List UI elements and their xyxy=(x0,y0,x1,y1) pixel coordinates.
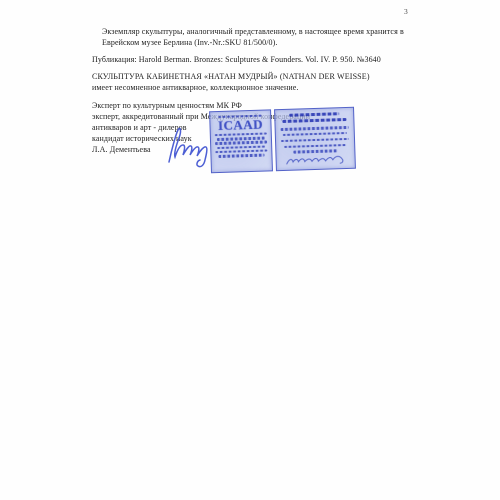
paragraph-location: Экземпляр скульптуры, аналогичный предст… xyxy=(92,26,438,48)
paragraph-conclusion: СКУЛЬПТУРА КАБИНЕТНАЯ «НАТАН МУДРЫЙ» (NA… xyxy=(92,71,438,93)
text-line: Еврейском музее Берлина (Inv.-Nr.:SKU 81… xyxy=(92,37,438,48)
page-number: 3 xyxy=(404,7,408,16)
text-line: СКУЛЬПТУРА КАБИНЕТНАЯ «НАТАН МУДРЫЙ» (NA… xyxy=(92,71,438,82)
stamp-microtext-line xyxy=(294,150,337,154)
icaad-stamp: ICAAD xyxy=(209,107,356,174)
stamp-logo-block: ICAAD xyxy=(209,109,273,173)
text-line: Публикация: Harold Berman. Bronzes: Scul… xyxy=(92,54,438,65)
stamp-handwritten-date xyxy=(279,153,351,168)
stamp-microtext-line xyxy=(281,138,349,142)
stamp-microtext-line xyxy=(217,145,266,149)
document-page: 3 Экземпляр скульптуры, аналогичный пред… xyxy=(0,0,500,500)
stamp-microtext-line xyxy=(282,132,347,136)
text-line: Экземпляр скульптуры, аналогичный предст… xyxy=(92,26,438,37)
stamp-microtext-line xyxy=(280,126,348,130)
stamp-microtext-line xyxy=(215,141,266,145)
stamp-microtext-line xyxy=(285,144,346,148)
text-line: имеет несомненное антикварное, коллекцио… xyxy=(92,82,438,93)
paragraph-publication: Публикация: Harold Berman. Bronzes: Scul… xyxy=(92,54,438,65)
stamp-text-block xyxy=(274,107,356,171)
stamp-logo: ICAAD xyxy=(213,118,267,132)
stamp-microtext-line xyxy=(218,154,264,158)
stamp-microtext-line xyxy=(289,112,339,117)
